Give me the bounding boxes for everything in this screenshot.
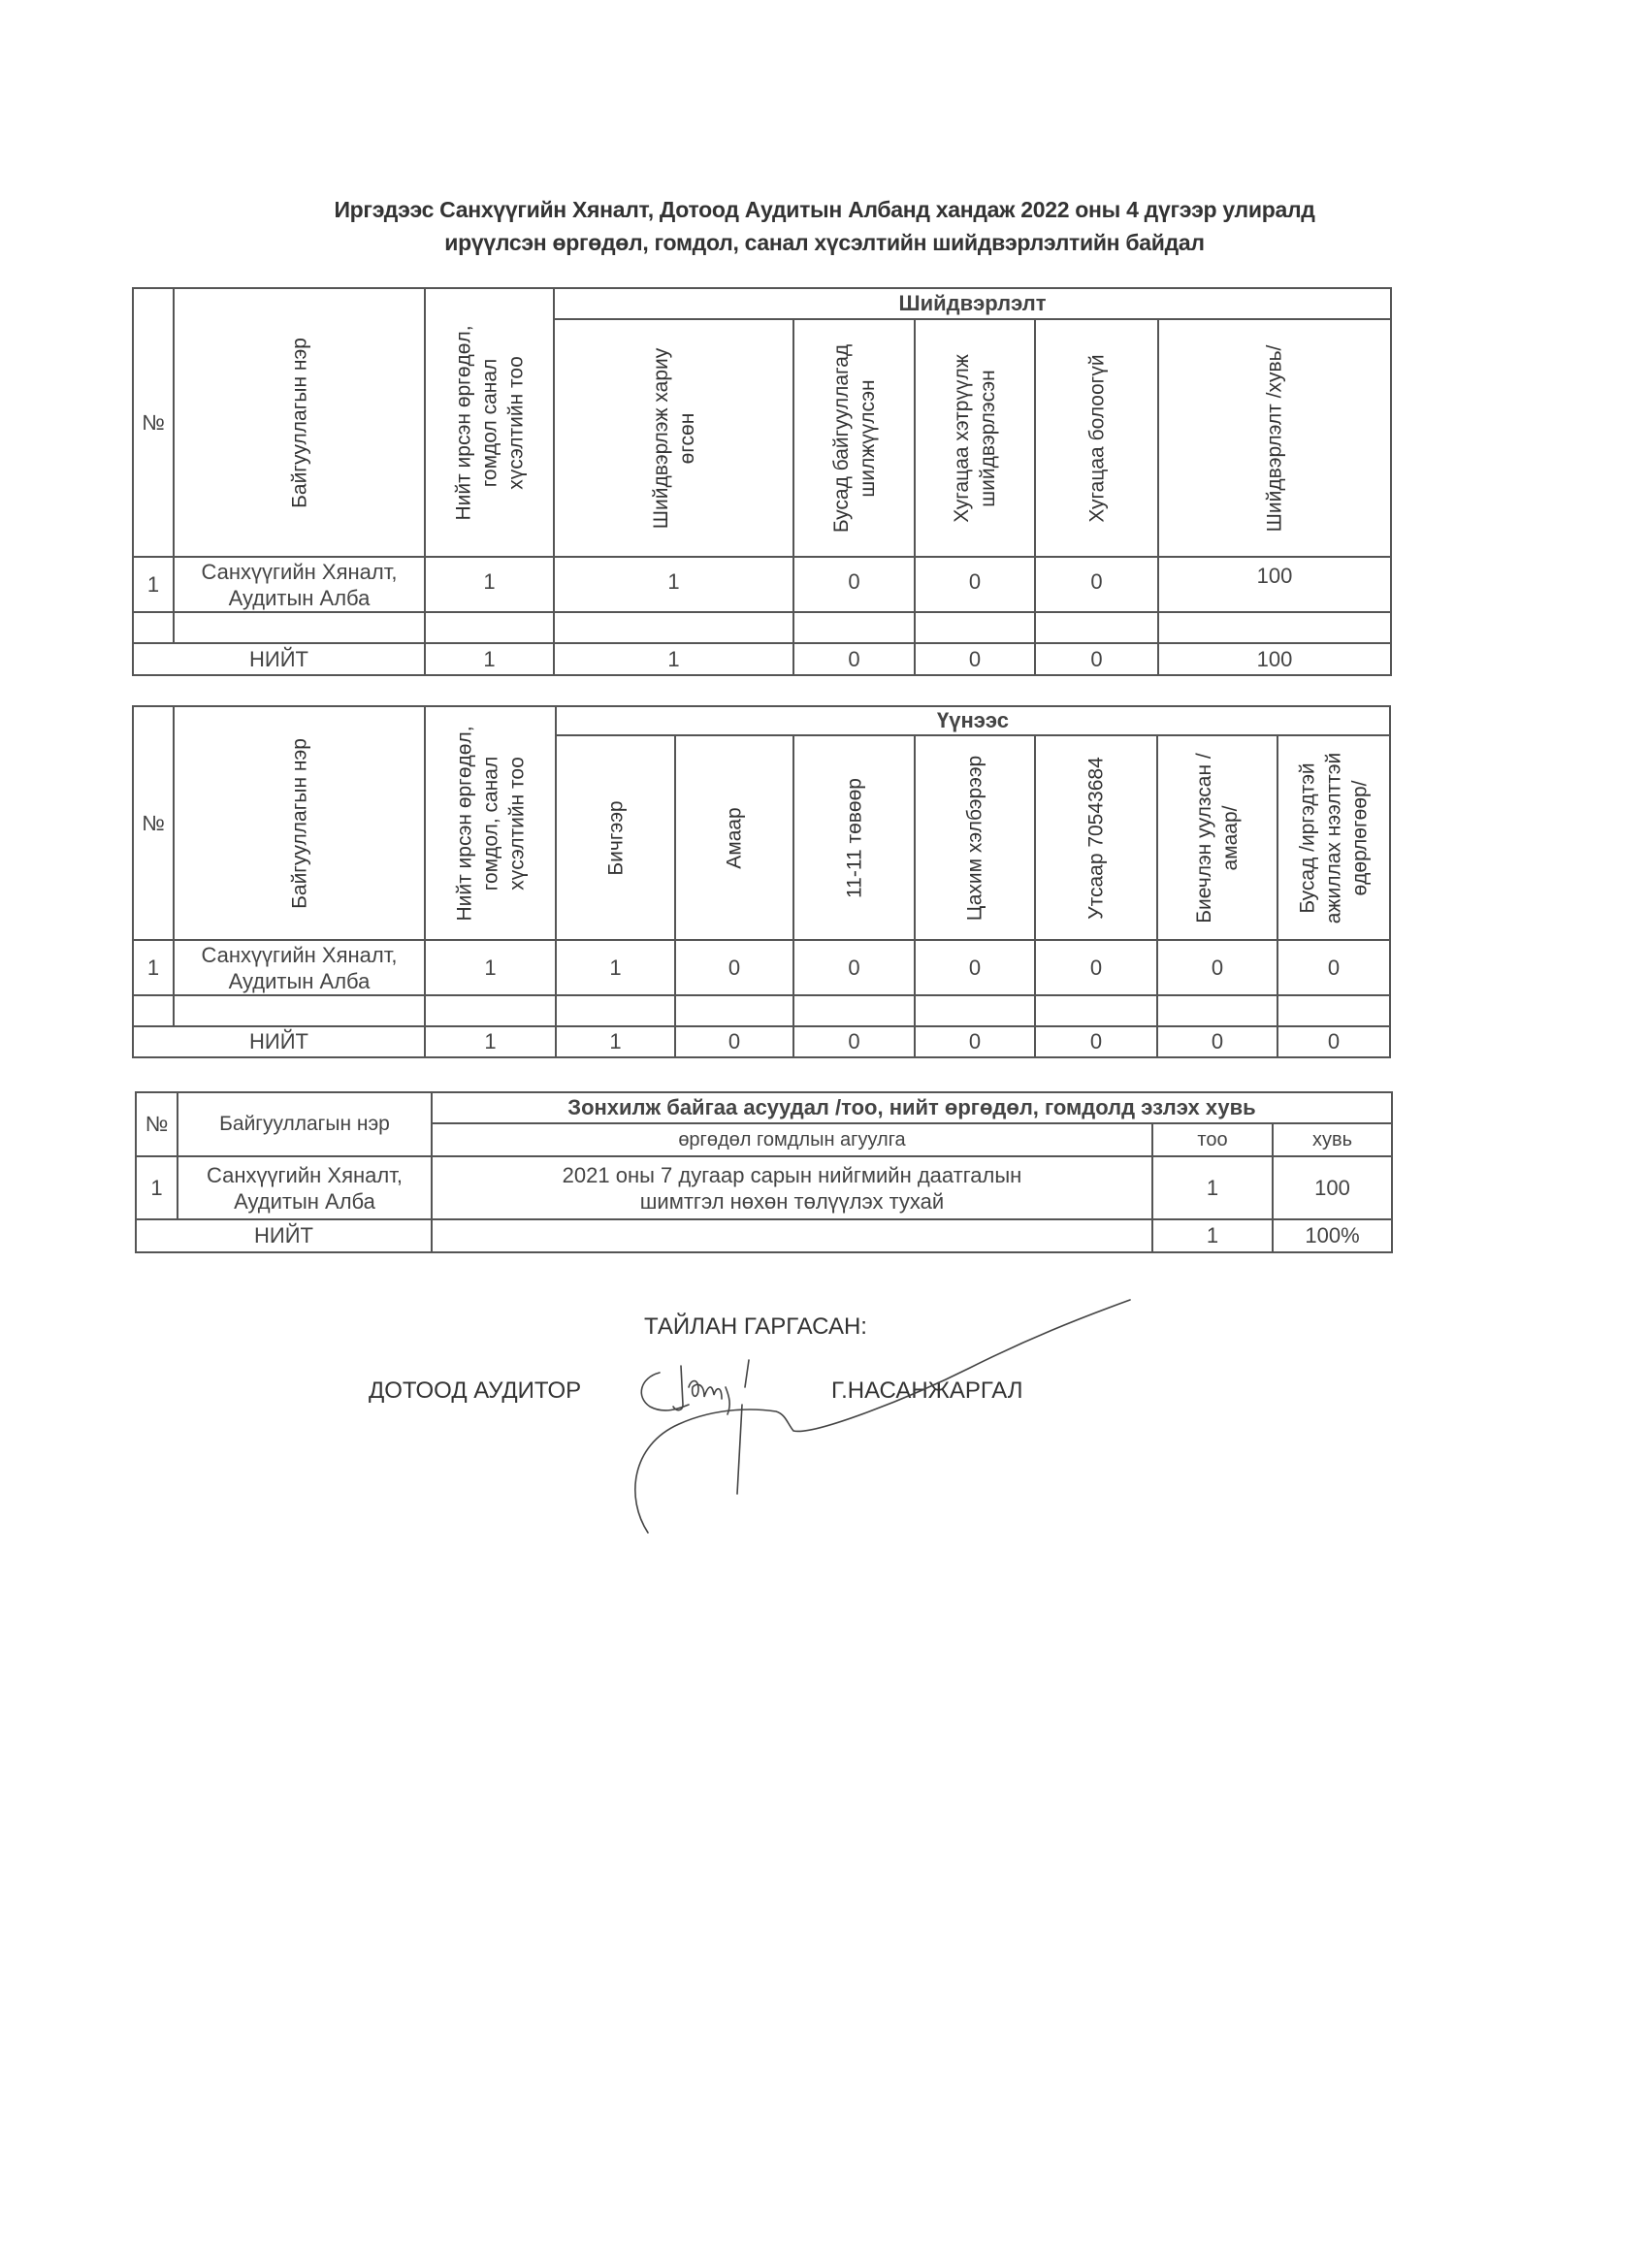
header-group-resolution: Шийдвэрлэлт <box>554 288 1391 319</box>
empty-row <box>133 612 1391 643</box>
cell-total: 1 <box>425 1026 556 1057</box>
header-content: өргөдөл гомдлын агуулга <box>432 1123 1152 1156</box>
cell-value: 0 <box>915 940 1035 995</box>
cell-value: 0 <box>915 643 1035 675</box>
cell-value: 0 <box>1277 940 1390 995</box>
cell-org: Санхүүгийн Хяналт, Аудитын Алба <box>174 557 425 612</box>
cell-no: 1 <box>136 1156 178 1219</box>
cell-value: 0 <box>1035 643 1158 675</box>
cell-count: 1 <box>1152 1219 1273 1252</box>
signer-role: ДОТООД АУДИТОР <box>369 1377 581 1405</box>
cell-value: 0 <box>1035 940 1157 995</box>
header-total: Нийт ирсэн өргөдөл, гомдол, санал хүсэлт… <box>425 706 556 940</box>
cell-value: 100 <box>1158 557 1391 612</box>
header-col: Шийдвэрлэлт /хувь/ <box>1158 319 1391 557</box>
totals-label: НИЙТ <box>136 1219 432 1252</box>
cell-total: 1 <box>425 557 554 612</box>
cell-value: 1 <box>554 643 793 675</box>
cell-no: 1 <box>133 557 174 612</box>
header-count: тоо <box>1152 1123 1273 1156</box>
header-total: Нийт ирсэн өргөдөл, гомдол санал хүсэлти… <box>425 288 554 557</box>
table-row: 1 Санхүүгийн Хяналт, Аудитын Алба 1 1 0 … <box>133 940 1390 995</box>
table-row: 1 Санхүүгийн Хяналт, Аудитын Алба 1 1 0 … <box>133 557 1391 612</box>
totals-row: НИЙТ 1 1 0 0 0 100 <box>133 643 1391 675</box>
cell-value: 0 <box>915 557 1035 612</box>
empty-row <box>133 995 1390 1026</box>
cell-value: 0 <box>1035 1026 1157 1057</box>
header-col: 11-11 төвөөр <box>793 735 915 940</box>
totals-label: НИЙТ <box>133 1026 425 1057</box>
issues-table: № Байгууллагын нэр Зонхилж байгаа асууда… <box>135 1091 1393 1253</box>
totals-label: НИЙТ <box>133 643 425 675</box>
header-col: Хугацаа хэтрүүлж шийдвэрлэсэн <box>915 319 1035 557</box>
cell-org: Санхүүгийн Хяналт, Аудитын Алба <box>174 940 425 995</box>
header-col: Бичгээр <box>556 735 675 940</box>
cell-value: 0 <box>793 1026 915 1057</box>
cell-org: Санхүүгийн Хяналт, Аудитын Алба <box>178 1156 432 1219</box>
header-no: № <box>133 706 174 940</box>
resolution-table: № Байгууллагын нэр Нийт ирсэн өргөдөл, г… <box>132 287 1392 676</box>
cell-percent: 100% <box>1273 1219 1392 1252</box>
cell-value: 100 <box>1158 643 1391 675</box>
table-row: 1 Санхүүгийн Хяналт, Аудитын Алба 2021 о… <box>136 1156 1392 1219</box>
header-no: № <box>136 1092 178 1156</box>
cell-value: 0 <box>675 1026 793 1057</box>
header-org: Байгууллагын нэр <box>178 1092 432 1156</box>
header-col: Утсаар 70543684 <box>1035 735 1157 940</box>
cell-value: 0 <box>1277 1026 1390 1057</box>
cell-value: 1 <box>554 557 793 612</box>
cell-value: 1 <box>556 1026 675 1057</box>
cell-value: 0 <box>1035 557 1158 612</box>
cell-content: 2021 оны 7 дугаар сарын нийгмийн даатгал… <box>432 1156 1152 1219</box>
header-col: Хугацаа болоогүй <box>1035 319 1158 557</box>
cell-value: 0 <box>915 1026 1035 1057</box>
header-no: № <box>133 288 174 557</box>
cell-no: 1 <box>133 940 174 995</box>
cell-value: 0 <box>1157 940 1277 995</box>
cell-value: 0 <box>793 643 915 675</box>
report-title-line-1: Иргэдээс Санхүүгийн Хяналт, Дотоод Аудит… <box>145 197 1503 223</box>
header-percent: хувь <box>1273 1123 1392 1156</box>
header-col: Амаар <box>675 735 793 940</box>
cell-value: 0 <box>793 557 915 612</box>
header-org: Байгууллагын нэр <box>174 706 425 940</box>
totals-row: НИЙТ 1 100% <box>136 1219 1392 1252</box>
cell-total: 1 <box>425 940 556 995</box>
cell-value: 0 <box>793 940 915 995</box>
cell-value: 0 <box>675 940 793 995</box>
cell-value: 1 <box>556 940 675 995</box>
header-col: Шийдвэрлэж хариу өгсөн <box>554 319 793 557</box>
cell-value: 0 <box>1157 1026 1277 1057</box>
cell-percent: 100 <box>1273 1156 1392 1219</box>
report-title-line-2: ирүүлсэн өргөдөл, гомдол, санал хүсэлтий… <box>145 230 1503 256</box>
header-col: Биечлэн уулзсан /амаар/ <box>1157 735 1277 940</box>
cell-count: 1 <box>1152 1156 1273 1219</box>
cell-content <box>432 1219 1152 1252</box>
handwritten-signature-icon <box>621 1290 1145 1562</box>
cell-total: 1 <box>425 643 554 675</box>
header-col: Бусад /иргэдтэй ажиллах нээлттэй өдөрлөг… <box>1277 735 1390 940</box>
header-col: Бусад байгууллагад шилжүүлсэн <box>793 319 915 557</box>
channel-table: № Байгууллагын нэр Нийт ирсэн өргөдөл, г… <box>132 705 1391 1058</box>
totals-row: НИЙТ 1 1 0 0 0 0 0 0 <box>133 1026 1390 1057</box>
header-col: Цахим хэлбэрээр <box>915 735 1035 940</box>
header-group-of-which: Үүнээс <box>556 706 1390 735</box>
header-org: Байгууллагын нэр <box>174 288 425 557</box>
header-group-issues: Зонхилж байгаа асуудал /тоо, нийт өргөдө… <box>432 1092 1392 1123</box>
